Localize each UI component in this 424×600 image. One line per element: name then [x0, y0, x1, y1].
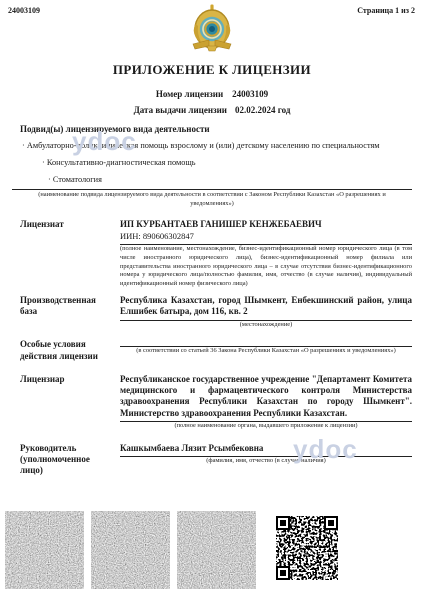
subtype-item: · Амбулаторно-поликлиническая помощь взр… [22, 141, 424, 150]
licensee-label: Лицензиат [20, 219, 120, 289]
licensee-iin: ИИН: 890606302847 [120, 231, 412, 242]
page-indicator: Страница 1 из 2 [357, 6, 415, 15]
noise-barcode-block-3 [177, 511, 256, 589]
production-base-label: Производственная база [20, 295, 120, 329]
kazakhstan-coat-of-arms-icon [191, 4, 233, 59]
head-person-label: Руководитель (уполномоченное лицо) [20, 443, 120, 477]
subtypes-caption: (наименование подвида лицензируемого вид… [16, 191, 408, 209]
licensor-label: Лицензиар [20, 374, 120, 431]
special-conditions-label: Особые условия действия лицензии [20, 339, 120, 362]
divider-line [12, 189, 412, 190]
fields-area: Лицензиат ИП КУРБАНТАЕВ ГАНИШЕР КЕНЖЕБАЕ… [20, 219, 412, 477]
subtypes-heading: Подвид(ы) лицензируемого вида деятельнос… [20, 124, 424, 134]
field-licensee: Лицензиат ИП КУРБАНТАЕВ ГАНИШЕР КЕНЖЕБАЕ… [20, 219, 412, 289]
field-licensor: Лицензиар Республиканское государственно… [20, 374, 412, 431]
noise-barcode-block-1 [5, 511, 84, 589]
license-number-label: Номер лицензии [156, 89, 223, 99]
document-number-top: 24003109 [8, 6, 40, 15]
subtype-item: · Стоматология [48, 175, 424, 184]
field-special-conditions: Особые условия действия лицензии (в соот… [20, 339, 412, 362]
issue-date-label: Дата выдачи лицензии [134, 105, 227, 115]
license-number-value: 24003109 [232, 89, 268, 99]
qr-code-icon [273, 513, 341, 583]
subtype-item: · Консультативно-диагностическая помощь [42, 158, 424, 167]
page-header: 24003109 Страница 1 из 2 [0, 0, 424, 56]
field-head-person: Руководитель (уполномоченное лицо) Кашкы… [20, 443, 412, 477]
licensor-value: Республиканское государственное учрежден… [120, 374, 412, 419]
production-base-value: Республика Казахстан, город Шымкент, Енб… [120, 295, 412, 318]
licensor-caption: (полное наименование органа, выдавшего п… [120, 422, 412, 431]
page-title: ПРИЛОЖЕНИЕ К ЛИЦЕНЗИИ [0, 62, 424, 78]
field-production-base: Производственная база Республика Казахст… [20, 295, 412, 329]
licensee-caption: (полное наименование, местонахождение, б… [120, 245, 412, 289]
license-number-line: Номер лицензии24003109 [0, 89, 424, 99]
noise-barcode-block-2 [91, 511, 170, 589]
head-person-caption: (фамилия, имя, отчество (в случае наличи… [120, 457, 412, 466]
head-person-name: Кашкымбаева Лязит Рсымбековна [120, 443, 412, 454]
licensee-name: ИП КУРБАНТАЕВ ГАНИШЕР КЕНЖЕБАЕВИЧ [120, 219, 412, 230]
special-conditions-caption: (в соответствии со статьей 36 Закона Рес… [120, 347, 412, 356]
production-base-caption: (местонахождение) [120, 321, 412, 330]
codes-row [5, 511, 341, 589]
issue-date-value: 02.02.2024 год [235, 105, 290, 115]
issue-date-line: Дата выдачи лицензии02.02.2024 год [0, 105, 424, 115]
